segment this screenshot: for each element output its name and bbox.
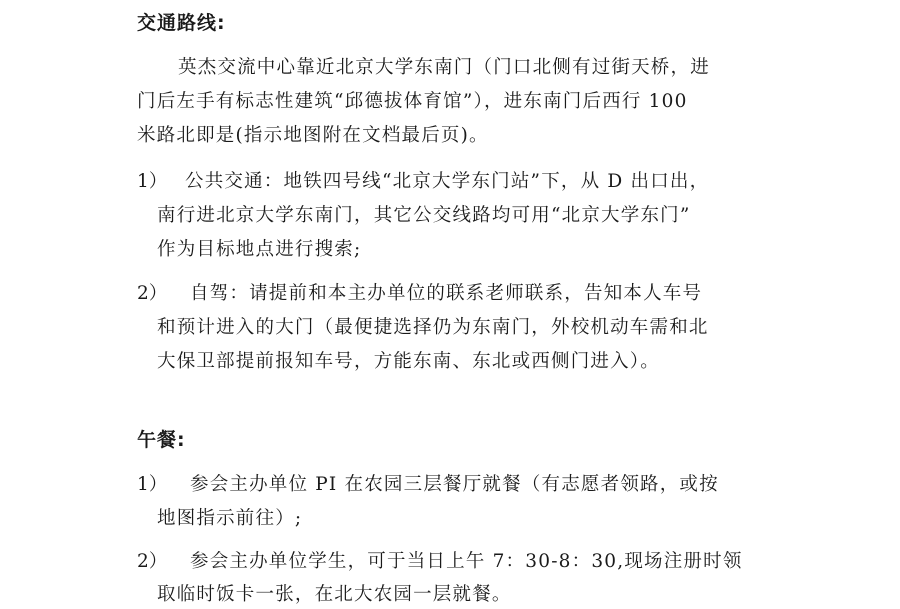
list-item-line: 参会主办单位学生，可于当日上午 7：30-8：30,现场注册时领: [190, 547, 743, 573]
list-item-line: 自驾：请提前和本主办单位的联系老师联系，告知本人车号: [190, 279, 702, 305]
list-item-line: 公共交通：地铁四号线“北京大学东门站”下，从 D 出口出，: [185, 167, 709, 193]
intro-line: 英杰交流中心靠近北京大学东南门（门口北侧有过街天桥，进: [178, 53, 710, 79]
list-number: 1）: [137, 167, 167, 193]
list-number: 2）: [137, 547, 167, 573]
list-number: 1）: [137, 470, 167, 496]
list-item-line: 取临时饭卡一张，在北大农园一层就餐。: [157, 580, 512, 606]
section-heading-transport: 交通路线:: [137, 8, 226, 35]
list-item-line: 作为目标地点进行搜索;: [157, 235, 361, 261]
list-item-line: 和预计进入的大门（最便捷选择仍为东南门，外校机动车需和北: [157, 313, 709, 339]
list-item-line: 参会主办单位 PI 在农园三层餐厅就餐（有志愿者领路，或按: [190, 470, 719, 496]
document-page: 交通路线: 英杰交流中心靠近北京大学东南门（门口北侧有过街天桥，进 门后左手有标…: [0, 0, 900, 609]
intro-line: 米路北即是(指示地图附在文档最后页)。: [137, 121, 489, 147]
intro-line: 门后左手有标志性建筑“邱德拔体育馆”），进东南门后西行 100: [137, 87, 688, 113]
section-heading-lunch: 午餐:: [137, 425, 186, 452]
list-item-line: 地图指示前往）;: [157, 504, 302, 530]
list-item-line: 南行进北京大学东南门，其它公交线路均可用“北京大学东门”: [157, 201, 691, 227]
list-number: 2）: [137, 279, 167, 305]
list-item-line: 大保卫部提前报知车号，方能东南、东北或西侧门进入）。: [157, 347, 660, 373]
